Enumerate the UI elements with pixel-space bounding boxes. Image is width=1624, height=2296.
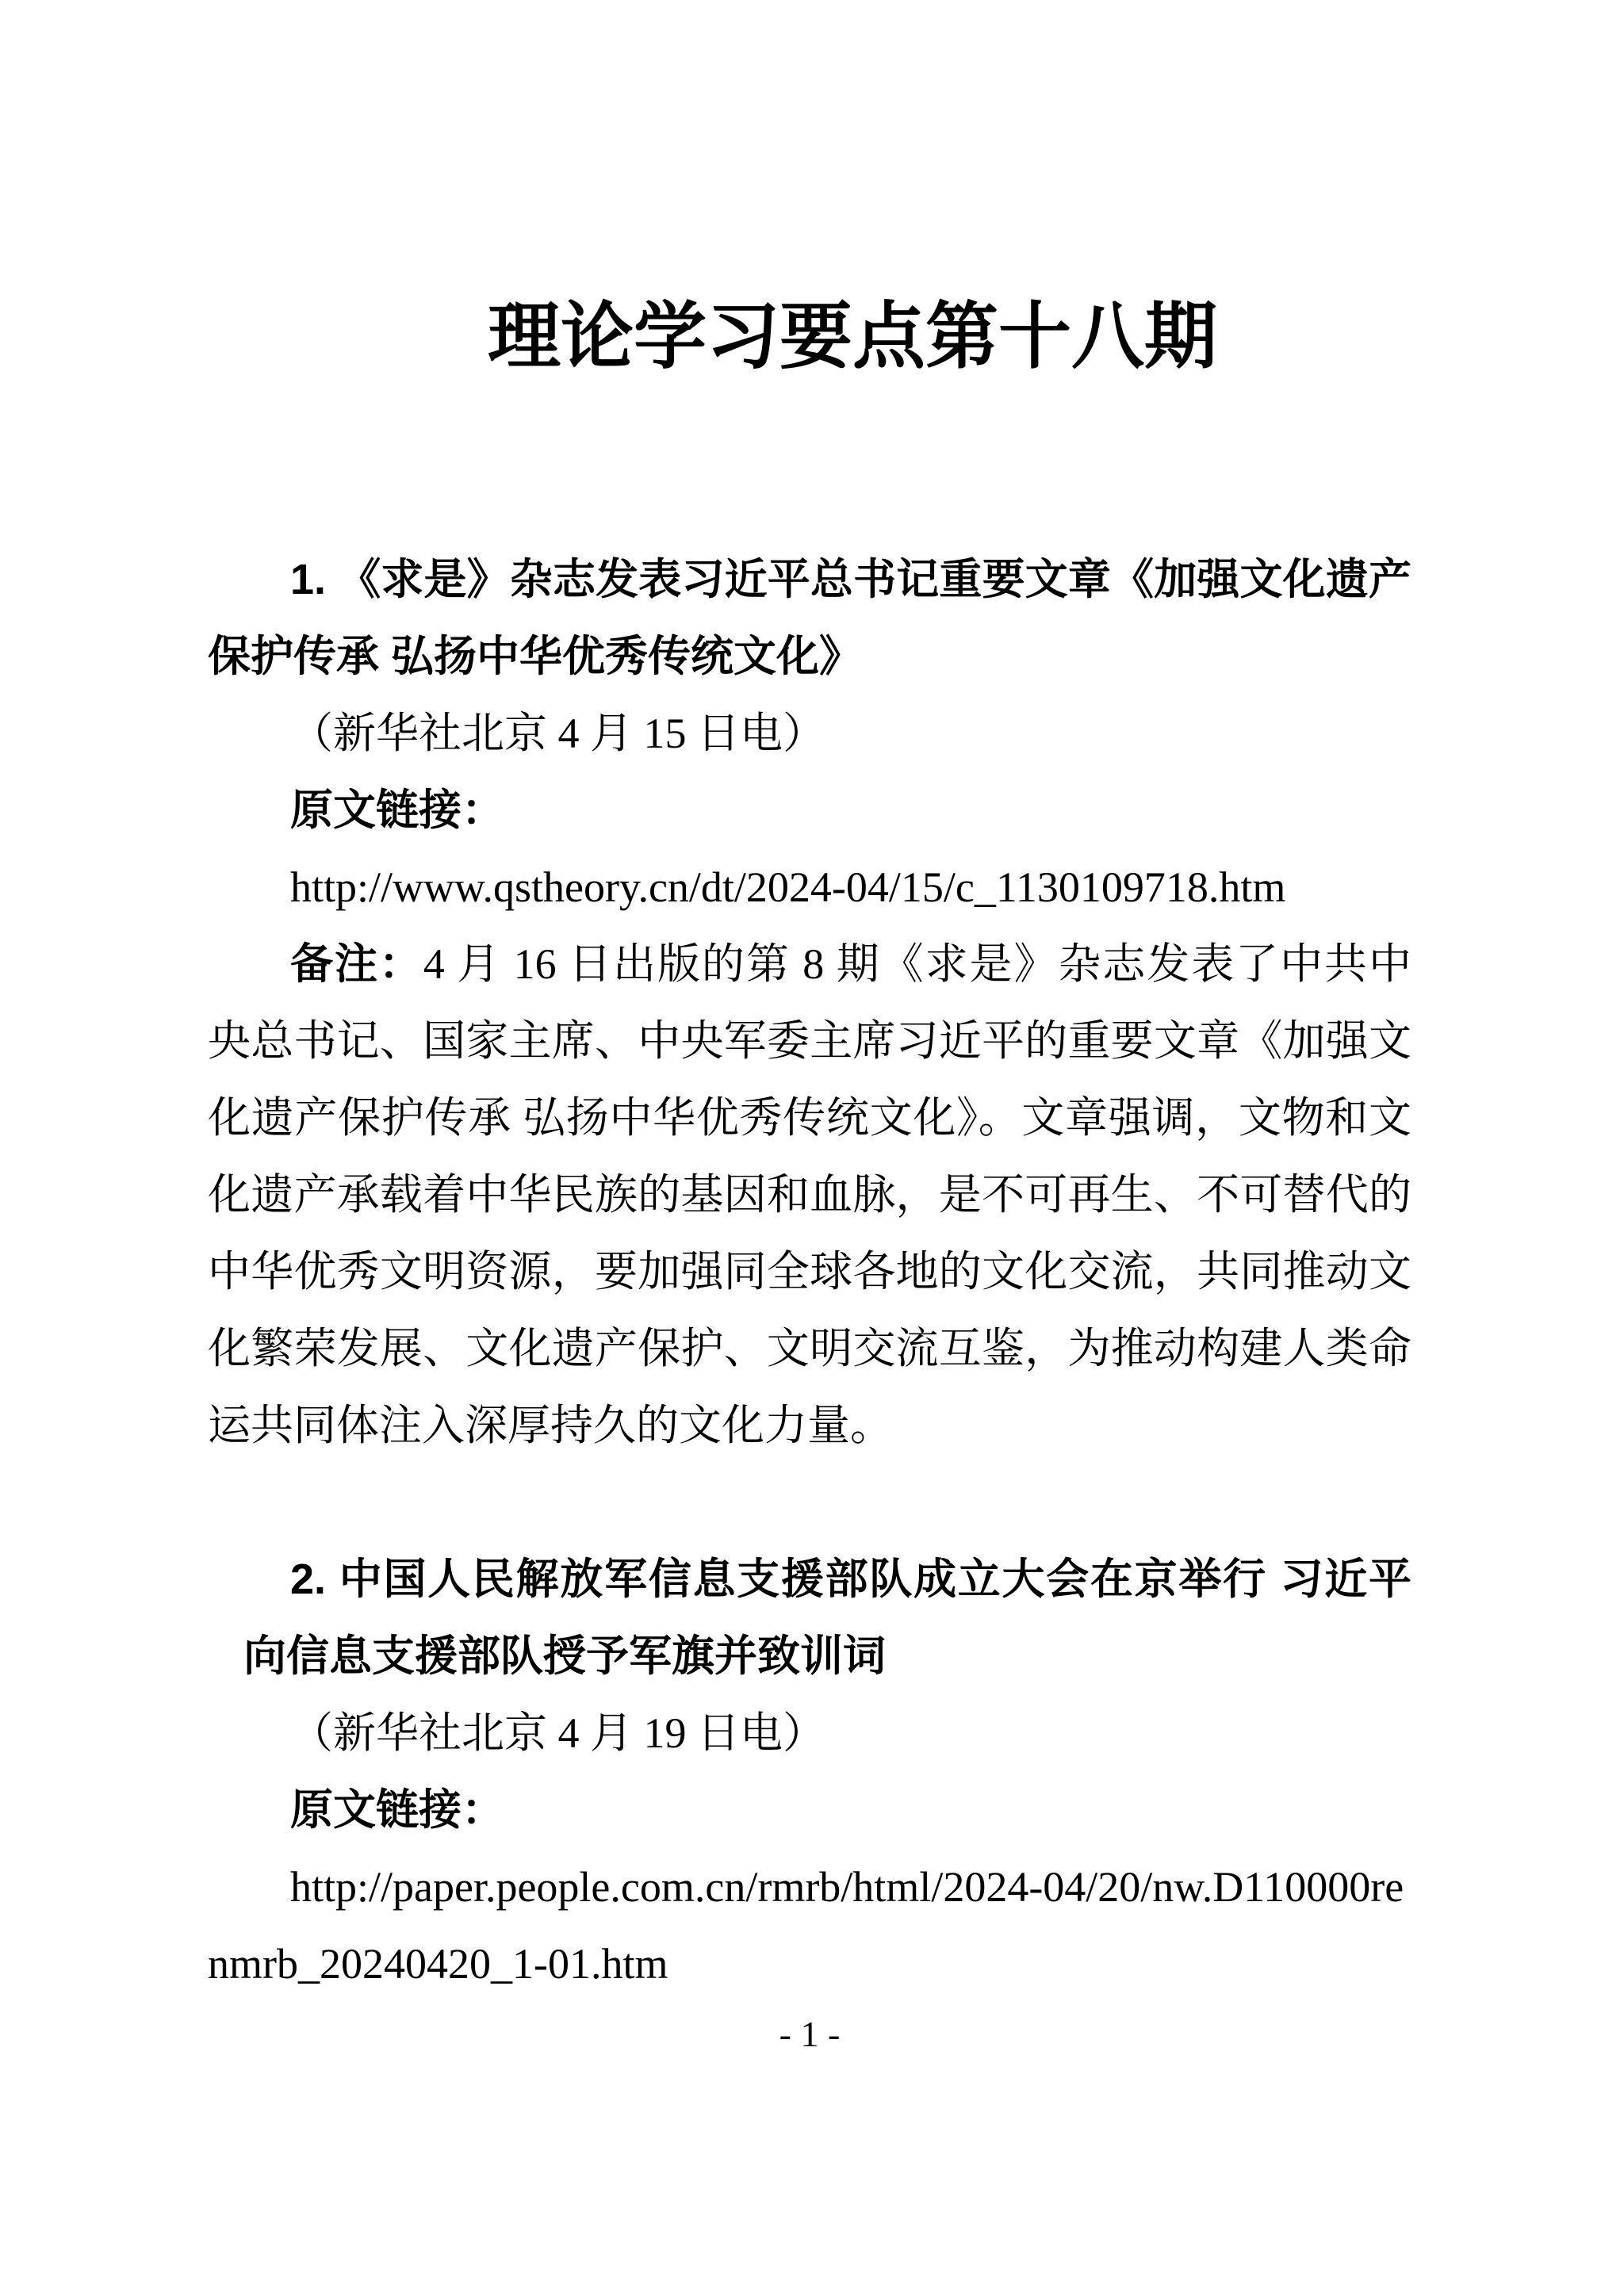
section-1-url: http://www.qstheory.cn/dt/2024-04/15/c_1… xyxy=(208,849,1411,926)
document-page: 理论学习要点第十八期 1. 《求是》杂志发表习近平总书记重要文章《加强文化遗产保… xyxy=(0,0,1624,2296)
section-2: 2. 中国人民解放军信息支援部队成立大会在京举行 习近平向信息支援部队授予军旗并… xyxy=(208,1541,1411,2003)
document-title: 理论学习要点第十八期 xyxy=(293,289,1411,385)
section-1-dateline: （新华社北京 4 月 15 日电） xyxy=(208,695,1411,772)
page-number: - 1 - xyxy=(208,2011,1411,2058)
section-2-heading: 2. 中国人民解放军信息支援部队成立大会在京举行 习近平向信息支援部队授予军旗并… xyxy=(208,1541,1411,1695)
section-1-note-label: 备注： xyxy=(290,940,423,988)
section-1-note-text: 4 月 16 日出版的第 8 期《求是》杂志发表了中共中央总书记、国家主席、中央… xyxy=(208,940,1411,1449)
section-2-dateline: （新华社北京 4 月 19 日电） xyxy=(208,1695,1411,1772)
section-1: 1. 《求是》杂志发表习近平总书记重要文章《加强文化遗产保护传承 弘扬中华优秀传… xyxy=(208,541,1411,1464)
document-content: 理论学习要点第十八期 1. 《求是》杂志发表习近平总书记重要文章《加强文化遗产保… xyxy=(208,0,1411,2058)
section-2-link-label: 原文链接： xyxy=(208,1772,1411,1849)
section-1-heading: 1. 《求是》杂志发表习近平总书记重要文章《加强文化遗产保护传承 弘扬中华优秀传… xyxy=(208,541,1411,695)
section-1-note: 备注：4 月 16 日出版的第 8 期《求是》杂志发表了中共中央总书记、国家主席… xyxy=(208,926,1411,1464)
section-2-url: http://paper.people.com.cn/rmrb/html/202… xyxy=(208,1849,1411,2003)
section-1-link-label: 原文链接： xyxy=(208,772,1411,849)
